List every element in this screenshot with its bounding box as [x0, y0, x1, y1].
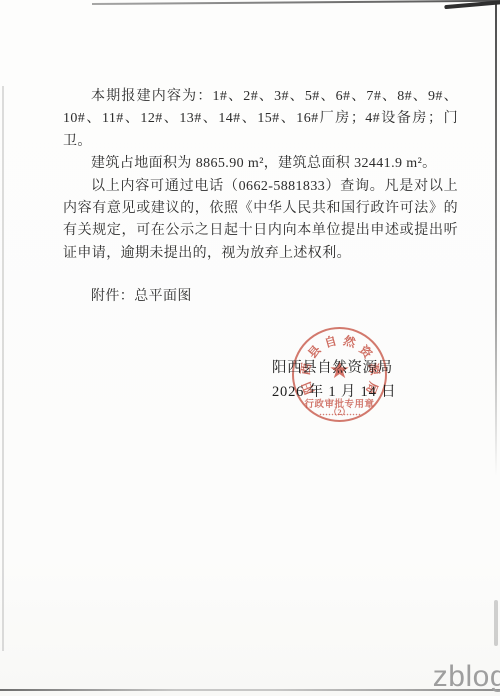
scan-smudge-right	[494, 600, 498, 646]
scanned-document-page: 本期报建内容为：1#、2#、3#、5#、6#、7#、8#、9#、10#、11#、…	[0, 0, 500, 696]
paragraph-contact-and-rights: 以上内容可通过电话（0662-5881833）查询。凡是对以上内容有意见或建议的…	[63, 176, 458, 266]
paragraph-building-area: 建筑占地面积为 8865.90 m²，建筑总面积 32441.9 m²。	[63, 153, 458, 175]
seal-serial-marks	[319, 413, 361, 416]
signature-agency: 阳西县自然资源局	[272, 356, 393, 377]
scan-edge-left	[2, 86, 4, 651]
paragraph-construction-items: 本期报建内容为：1#、2#、3#、5#、6#、7#、8#、9#、10#、11#、…	[63, 86, 458, 153]
signature-date: 2026 年 1 月 14 日	[272, 380, 396, 401]
scan-edge-right	[495, 4, 497, 476]
seal-inner-number: （2）	[329, 406, 350, 418]
scan-edge-top	[92, 0, 500, 5]
document-body: 本期报建内容为：1#、2#、3#、5#、6#、7#、8#、9#、10#、11#、…	[63, 86, 458, 309]
paragraph-attachment: 附件：总平面图	[63, 286, 458, 308]
scan-edge-bottom	[0, 689, 500, 691]
watermark-zblog: zblog	[433, 660, 500, 694]
